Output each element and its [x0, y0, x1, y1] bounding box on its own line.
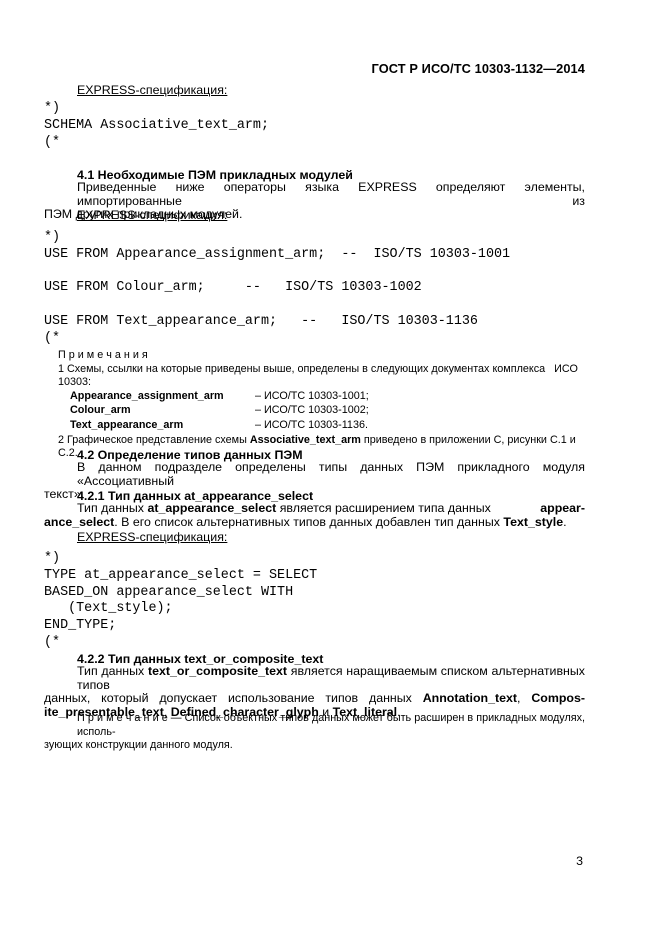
page-header-doc-code: ГОСТ Р ИСО/ТС 10303-1132—2014	[372, 61, 585, 76]
code-block-use-from: *) USE FROM Appearance_assignment_arm; -…	[44, 230, 585, 348]
express-spec-label-text: EXPRESS-спецификация:	[77, 83, 227, 97]
schema-reference: – ИСО/ТС 10303-1001;	[255, 390, 369, 404]
paragraph-line: В данном подразделе определены типы данн…	[44, 461, 585, 488]
document-page: ГОСТ Р ИСО/ТС 10303-1132—2014 EXPRESS-сп…	[0, 0, 661, 936]
paragraph-line-right: appear-	[540, 502, 585, 516]
code-block-schema: *) SCHEMA Associative_text_arm; (*	[44, 101, 585, 151]
paragraph-line: Тип данных text_or_composite_text являет…	[44, 665, 585, 692]
note-line: зующих конструкции данного модуля.	[44, 739, 585, 753]
code-block-type-select: *) TYPE at_appearance_select = SELECT BA…	[44, 551, 585, 652]
schema-reference: – ИСО/ТС 10303-1002;	[255, 404, 369, 418]
express-spec-label-1: EXPRESS-спецификация:	[44, 83, 585, 97]
paragraph-line-left: Тип данных at_appearance_select является…	[77, 502, 491, 516]
note-schema-row: Colour_arm – ИСО/ТС 10303-1002;	[44, 404, 585, 419]
express-spec-label-text: EXPRESS-спецификация:	[77, 530, 227, 544]
paragraph-line: Тип данных at_appearance_select является…	[44, 502, 585, 516]
paragraph-4-2-1: Тип данных at_appearance_select является…	[44, 502, 585, 529]
schema-name: Colour_arm	[70, 404, 131, 418]
paragraph-line: ance_select. В его список альтернативных…	[44, 516, 585, 530]
express-spec-label-3: EXPRESS-спецификация:	[44, 530, 585, 544]
paragraph-line: данных, который допускает использование …	[44, 692, 585, 706]
paragraph-line: Приведенные ниже операторы языка EXPRESS…	[44, 181, 585, 208]
notes-title: П р и м е ч а н и я	[44, 349, 585, 363]
note-line: П р и м е ч а н и е — Список объектных т…	[44, 712, 585, 739]
schema-reference: – ИСО/ТС 10303-1136.	[255, 419, 368, 433]
schema-name: Text_appearance_arm	[70, 419, 183, 433]
note-schema-row: Appearance_assignment_arm – ИСО/ТС 10303…	[44, 390, 585, 405]
note-4-2-2: П р и м е ч а н и е — Список объектных т…	[44, 712, 585, 753]
schema-name: Appearance_assignment_arm	[70, 390, 224, 404]
express-spec-label-text: EXPRESS-спецификация:	[77, 208, 227, 222]
express-spec-label-2: EXPRESS-спецификация:	[44, 208, 585, 222]
page-number: 3	[576, 854, 583, 868]
note-1-intro: 1 Схемы, ссылки на которые приведены выш…	[44, 363, 585, 390]
notes-block: П р и м е ч а н и я 1 Схемы, ссылки на к…	[44, 349, 585, 461]
note-schema-row: Text_appearance_arm – ИСО/ТС 10303-1136.	[44, 419, 585, 434]
